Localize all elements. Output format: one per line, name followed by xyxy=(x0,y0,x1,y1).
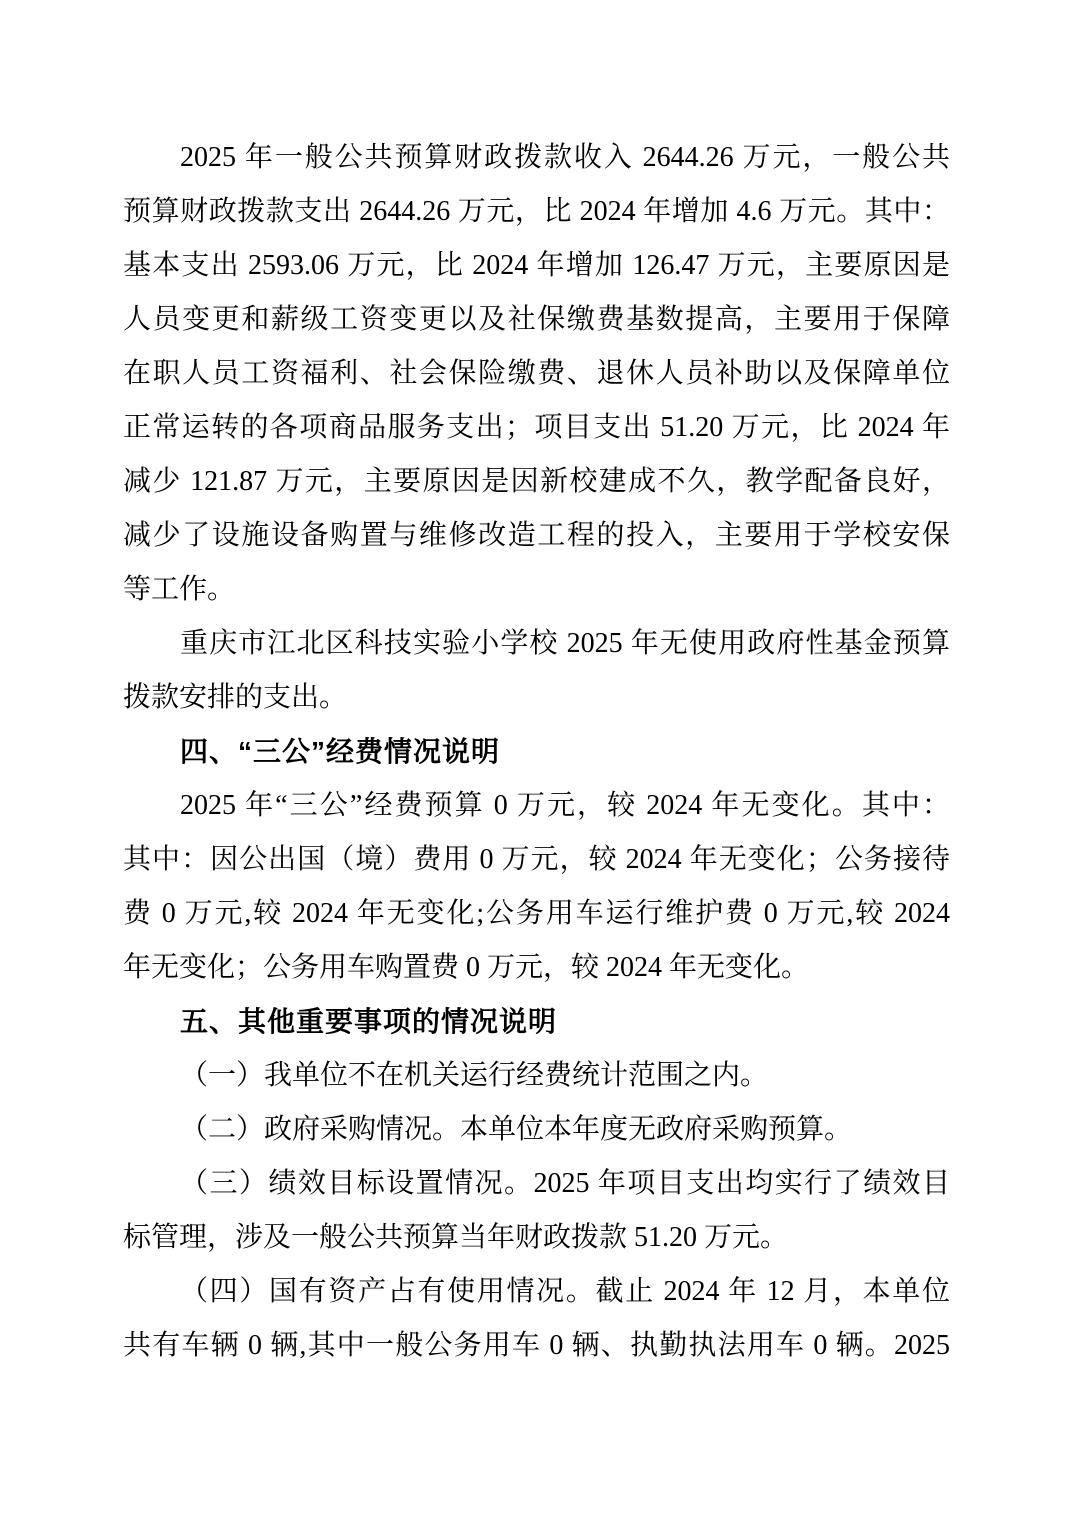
para7-line2: 共有车辆 0 辆,其中一般公务用车 0 辆、执勤执法用车 0 辆。2025 xyxy=(123,1319,950,1373)
para1-line4: 人员变更和薪级工资变更以及社保缴费基数提高，主要用于保障 xyxy=(123,293,950,347)
para5-line1: （二）政府采购情况。本单位本年度无政府采购预算。 xyxy=(123,1103,950,1157)
para6-line1: （三）绩效目标设置情况。2025 年项目支出均实行了绩效目 xyxy=(123,1157,950,1211)
para3-line1: 2025 年“三公”经费预算 0 万元，较 2024 年无变化。其中： xyxy=(123,779,950,833)
para4-line1: （一）我单位不在机关运行经费统计范围之内。 xyxy=(123,1049,950,1103)
para7-line1: （四）国有资产占有使用情况。截止 2024 年 12 月，本单位 xyxy=(123,1265,950,1319)
para1-line1: 2025 年一般公共预算财政拨款收入 2644.26 万元，一般公共 xyxy=(123,131,950,185)
para1-line6: 正常运转的各项商品服务支出；项目支出 51.20 万元，比 2024 年 xyxy=(123,401,950,455)
para3-line4: 年无变化；公务用车购置费 0 万元，较 2024 年无变化。 xyxy=(123,941,950,995)
para1-line9: 等工作。 xyxy=(123,563,950,617)
document-page: 2025 年一般公共预算财政拨款收入 2644.26 万元，一般公共预算财政拨款… xyxy=(0,0,1074,1520)
para1-line7: 减少 121.87 万元，主要原因是因新校建成不久，教学配备良好， xyxy=(123,455,950,509)
para1-line3: 基本支出 2593.06 万元，比 2024 年增加 126.47 万元，主要原… xyxy=(123,239,950,293)
para1-line5: 在职人员工资福利、社会保险缴费、退休人员补助以及保障单位 xyxy=(123,347,950,401)
para6-line2: 标管理，涉及一般公共预算当年财政拨款 51.20 万元。 xyxy=(123,1211,950,1265)
para2-line1: 重庆市江北区科技实验小学校 2025 年无使用政府性基金预算 xyxy=(123,617,950,671)
heading-section-5: 五、其他重要事项的情况说明 xyxy=(123,995,950,1049)
para1-line2: 预算财政拨款支出 2644.26 万元，比 2024 年增加 4.6 万元。其中… xyxy=(123,185,950,239)
para3-line2: 其中：因公出国（境）费用 0 万元，较 2024 年无变化；公务接待 xyxy=(123,833,950,887)
heading-section-4: 四、“三公”经费情况说明 xyxy=(123,725,950,779)
para3-line3: 费 0 万元,较 2024 年无变化;公务用车运行维护费 0 万元,较 2024 xyxy=(123,887,950,941)
para1-line8: 减少了设施设备购置与维修改造工程的投入，主要用于学校安保 xyxy=(123,509,950,563)
para2-line2: 拨款安排的支出。 xyxy=(123,671,950,725)
